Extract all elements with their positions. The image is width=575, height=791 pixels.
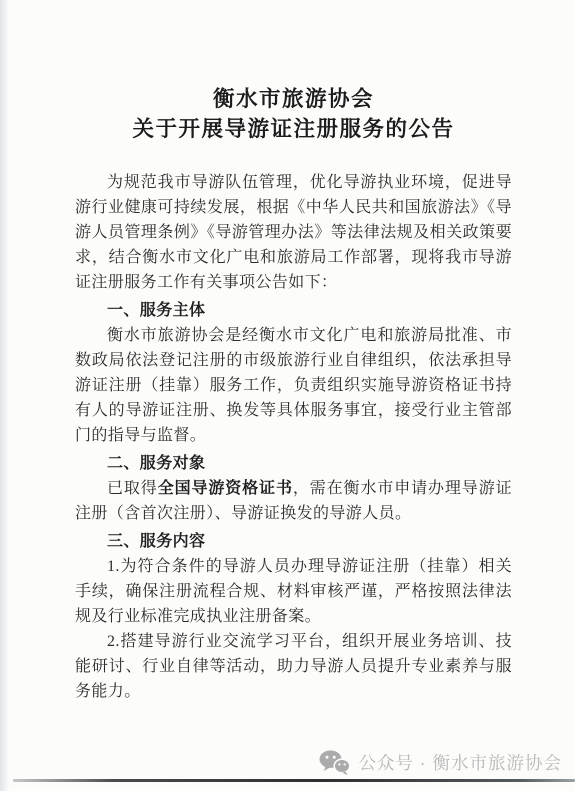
- page-title: 衡水市旅游协会 关于开展导游证注册服务的公告: [75, 84, 512, 144]
- document-body: 为规范我市导游队伍管理，优化导游执业环境，促进导游行业健康可持续发展，根据《中华…: [75, 170, 512, 704]
- section-2-text-prefix: 已取得: [107, 480, 158, 497]
- section-3-item-1: 1.为符合条件的导游人员办理导游证注册（挂靠）相关手续，确保注册流程合规、材料审…: [75, 554, 512, 629]
- intro-paragraph: 为规范我市导游队伍管理，优化导游执业环境，促进导游行业健康可持续发展，根据《中华…: [75, 170, 512, 295]
- scan-left-edge: [0, 0, 9, 791]
- title-line-2: 关于开展导游证注册服务的公告: [75, 114, 512, 144]
- section-2-bold-phrase: 全国导游资格证书: [158, 480, 293, 497]
- wechat-account-label: 公众号 · 衡水市旅游协会: [358, 750, 562, 775]
- section-3-heading: 三、服务内容: [75, 529, 512, 554]
- section-3-item-2: 2.搭建导游行业交流学习平台，组织开展业务培训、技能研讨、行业自律等活动，助力导…: [75, 629, 512, 704]
- wechat-icon: [319, 750, 350, 775]
- section-2-paragraph: 已取得全国导游资格证书，需在衡水市申请办理导游证注册（含首次注册）、导游证换发的…: [75, 476, 512, 526]
- section-1-paragraph: 衡水市旅游协会是经衡水市文化广电和旅游局批准、市数政局依法登记注册的市级旅游行业…: [75, 323, 512, 448]
- title-line-1: 衡水市旅游协会: [75, 84, 512, 114]
- section-2-heading: 二、服务对象: [75, 451, 512, 476]
- scanned-announcement-page: 衡水市旅游协会 关于开展导游证注册服务的公告 为规范我市导游队伍管理，优化导游执…: [0, 0, 575, 791]
- document-content: 衡水市旅游协会 关于开展导游证注册服务的公告 为规范我市导游队伍管理，优化导游执…: [75, 0, 512, 704]
- wechat-watermark: 公众号 · 衡水市旅游协会: [319, 750, 562, 775]
- scan-bottom-edge: [13, 779, 575, 782]
- section-1-heading: 一、服务主体: [75, 298, 512, 323]
